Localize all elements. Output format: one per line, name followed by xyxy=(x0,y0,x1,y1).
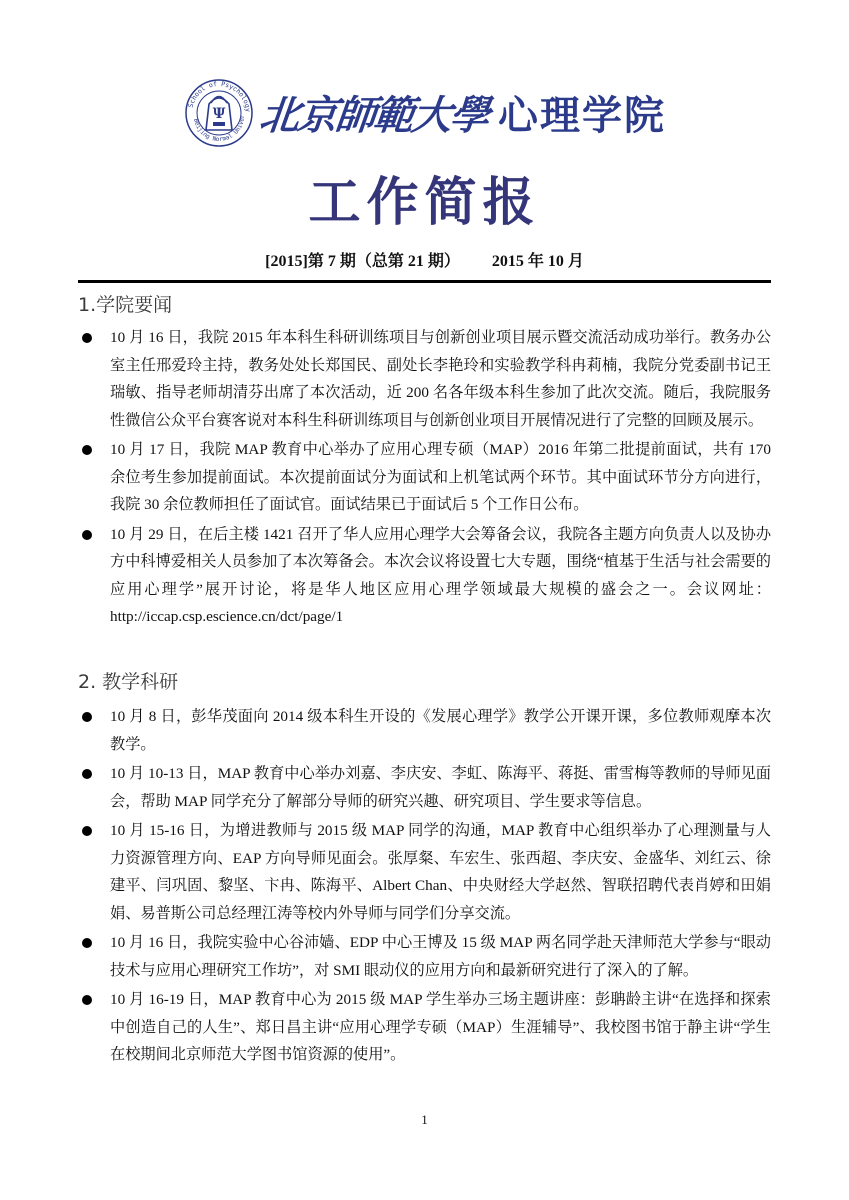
university-name: 北京師範大學 xyxy=(257,84,491,141)
issue-number: [2015]第 7 期（总第 21 期） xyxy=(265,253,460,270)
bullet-icon xyxy=(82,333,92,343)
bullet-icon xyxy=(82,530,92,540)
section-heading-news: 1.学院要闻 xyxy=(78,290,172,317)
list-item: 10 月 29 日，在后主楼 1421 召开了华人应用心理学大会筹备会议，我院各… xyxy=(78,521,771,631)
school-seal-logo: Ψ School of Psychology Beijing Normal Un… xyxy=(184,78,254,148)
issue-line: [2015]第 7 期（总第 21 期） 2015 年 10 月 xyxy=(0,248,849,271)
item-text: 10 月 16 日，我院 2015 年本科生科研训练项目与创新创业项目展示暨交流… xyxy=(110,329,771,429)
item-text: 10 月 8 日，彭华茂面向 2014 级本科生开设的《发展心理学》教学公开课开… xyxy=(110,708,771,753)
list-item: 10 月 16-19 日，MAP 教育中心为 2015 级 MAP 学生举办三场… xyxy=(78,986,771,1069)
brand-wordmark: 北京師範大學 心理学院 xyxy=(260,84,666,141)
issue-date: 2015 年 10 月 xyxy=(492,253,584,270)
school-name: 心理学院 xyxy=(498,84,666,141)
item-text: 10 月 17 日，我院 MAP 教育中心举办了应用心理专硕（MAP）2016 … xyxy=(110,441,771,513)
item-text: 10 月 15-16 日，为增进教师与 2015 级 MAP 同学的沟通，MAP… xyxy=(110,822,771,922)
masthead: Ψ School of Psychology Beijing Normal Un… xyxy=(0,72,849,172)
list-item: 10 月 16 日，我院 2015 年本科生科研训练项目与创新创业项目展示暨交流… xyxy=(78,324,771,434)
bullet-icon xyxy=(82,445,92,455)
document-title: 工作简报 xyxy=(0,160,849,235)
news-list: 10 月 16 日，我院 2015 年本科生科研训练项目与创新创业项目展示暨交流… xyxy=(78,324,771,633)
bullet-icon xyxy=(82,938,92,948)
list-item: 10 月 17 日，我院 MAP 教育中心举办了应用心理专硕（MAP）2016 … xyxy=(78,436,771,519)
bullet-icon xyxy=(82,995,92,1005)
list-item: 10 月 15-16 日，为增进教师与 2015 级 MAP 同学的沟通，MAP… xyxy=(78,817,771,927)
teaching-research-list: 10 月 8 日，彭华茂面向 2014 级本科生开设的《发展心理学》教学公开课开… xyxy=(78,703,771,1071)
item-text: 10 月 29 日，在后主楼 1421 召开了华人应用心理学大会筹备会议，我院各… xyxy=(110,526,771,626)
bullet-icon xyxy=(82,769,92,779)
list-item: 10 月 16 日，我院实验中心谷沛嫱、EDP 中心王博及 15 级 MAP 两… xyxy=(78,929,771,984)
item-text: 10 月 16 日，我院实验中心谷沛嫱、EDP 中心王博及 15 级 MAP 两… xyxy=(110,934,771,979)
list-item: 10 月 8 日，彭华茂面向 2014 级本科生开设的《发展心理学》教学公开课开… xyxy=(78,703,771,758)
item-text: 10 月 16-19 日，MAP 教育中心为 2015 级 MAP 学生举办三场… xyxy=(110,991,771,1063)
bullet-icon xyxy=(82,712,92,722)
list-item: 10 月 10-13 日，MAP 教育中心举办刘嘉、李庆安、李虹、陈海平、蒋挺、… xyxy=(78,760,771,815)
header-divider xyxy=(78,280,771,283)
svg-text:Ψ: Ψ xyxy=(213,106,226,122)
psi-seal-icon: Ψ School of Psychology Beijing Normal Un… xyxy=(184,78,254,148)
section-heading-teaching-research: 2. 教学科研 xyxy=(78,667,178,694)
bullet-icon xyxy=(82,826,92,836)
item-text: 10 月 10-13 日，MAP 教育中心举办刘嘉、李庆安、李虹、陈海平、蒋挺、… xyxy=(110,765,771,810)
page-number: 1 xyxy=(0,1112,849,1128)
